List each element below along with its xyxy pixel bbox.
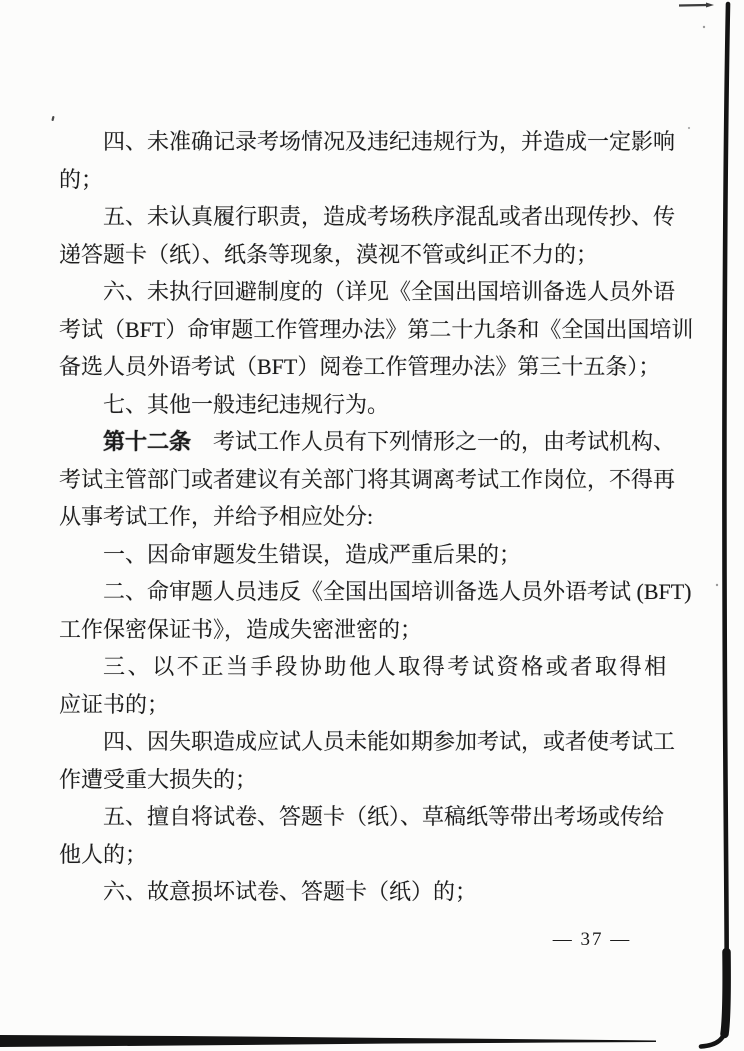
text-line: 七、其他一般违纪违规行为。	[59, 386, 669, 424]
line-text: 的；	[59, 167, 103, 192]
line-text: 工作保密保证书》，造成失密泄密的；	[59, 617, 422, 642]
line-text: 考试主管部门或者建议有关部门将其调离考试工作岗位，不得再	[59, 467, 675, 492]
document-text-block: 四、未准确记录考场情况及违纪违规行为，并造成一定影响 的； 五、未认真履行职责，…	[59, 123, 669, 911]
line-text: 四、未准确记录考场情况及违纪违规行为，并造成一定影响	[103, 129, 675, 154]
line-text: 作遭受重大损失的；	[59, 767, 257, 792]
text-line: 五、擅自将试卷、答题卡（纸）、草稿纸等带出考场或传给	[59, 798, 669, 836]
line-text: 六、故意损坏试卷、答题卡（纸）的；	[103, 879, 477, 904]
line-text: 考试（BFT）命审题工作管理办法》第二十九条和《全国出国培训	[59, 317, 693, 342]
text-line: 递答题卡（纸）、纸条等现象，漠视不管或纠正不力的；	[59, 236, 669, 274]
line-text: 应证书的；	[59, 692, 169, 717]
text-line: 考试主管部门或者建议有关部门将其调离考试工作岗位，不得再	[59, 461, 669, 499]
scan-mark-top-arrowhead	[706, 3, 714, 8]
scan-speck-left	[51, 116, 54, 121]
text-line: 五、未认真履行职责，造成考场秩序混乱或者出现传抄、传	[59, 198, 669, 236]
text-line: 从事考试工作，并给予相应处分:	[59, 498, 669, 536]
line-text: 五、擅自将试卷、答题卡（纸）、草稿纸等带出考场或传给	[103, 804, 664, 829]
line-text: 五、未认真履行职责，造成考场秩序混乱或者出现传抄、传	[103, 204, 675, 229]
page-number: — 37 —	[548, 928, 636, 952]
line-text: 递答题卡（纸）、纸条等现象，漠视不管或纠正不力的；	[59, 242, 598, 267]
line-text: 考试工作人员有下列情形之一的，由考试机构、	[191, 429, 675, 454]
text-line: 考试（BFT）命审题工作管理办法》第二十九条和《全国出国培训	[59, 311, 669, 349]
scan-speck-right-3	[716, 584, 718, 586]
line-text: 六、未执行回避制度的（详见《全国出国培训备选人员外语	[103, 279, 675, 304]
scan-edge-right-thick	[725, 952, 727, 1034]
line-text: 七、其他一般违纪违规行为。	[103, 392, 389, 417]
text-line: 六、故意损坏试卷、答题卡（纸）的；	[59, 873, 669, 911]
text-line: 备选人员外语考试（BFT）阅卷工作管理办法》第三十五条）；	[59, 348, 669, 386]
text-line: 作遭受重大损失的；	[59, 761, 669, 799]
text-line: 二、命审题人员违反《全国出国培训备选人员外语考试 (BFT)	[59, 573, 669, 611]
line-text: 备选人员外语考试（BFT）阅卷工作管理办法》第三十五条）；	[59, 354, 660, 379]
text-line: 工作保密保证书》，造成失密泄密的；	[59, 611, 669, 649]
line-text: 一、因命审题发生错误，造成严重后果的；	[103, 542, 521, 567]
text-line: 的；	[59, 161, 669, 199]
scan-speck-right-2	[688, 127, 690, 129]
article-number: 第十二条	[103, 429, 191, 454]
text-line: 应证书的；	[59, 686, 669, 724]
text-line: 他人的；	[59, 836, 669, 874]
text-line: 三、以不正当手段协助他人取得考试资格或者取得相	[59, 648, 669, 686]
scan-speck-right-1	[703, 26, 705, 28]
scan-mark-top-dash	[679, 5, 708, 6]
text-line: 一、因命审题发生错误，造成严重后果的；	[59, 536, 669, 574]
line-text: 四、因失职造成应试人员未能如期参加考试，或者使考试工	[103, 729, 675, 754]
line-text: 三、以不正当手段协助他人取得考试资格或者取得相	[103, 654, 669, 679]
text-line: 六、未执行回避制度的（详见《全国出国培训备选人员外语	[59, 273, 669, 311]
scan-edge-right-line	[701, 4, 728, 1047]
scan-edge-bottom-line	[0, 1035, 656, 1047]
line-text: 他人的；	[59, 842, 147, 867]
text-line: 四、因失职造成应试人员未能如期参加考试，或者使考试工	[59, 723, 669, 761]
text-line: 四、未准确记录考场情况及违纪违规行为，并造成一定影响	[59, 123, 669, 161]
line-text: 二、命审题人员违反《全国出国培训备选人员外语考试 (BFT)	[103, 579, 692, 604]
line-text: 从事考试工作，并给予相应处分:	[59, 504, 373, 529]
document-page: 四、未准确记录考场情况及违纪违规行为，并造成一定影响 的； 五、未认真履行职责，…	[0, 0, 744, 1051]
text-line: 第十二条 考试工作人员有下列情形之一的，由考试机构、	[59, 423, 669, 461]
